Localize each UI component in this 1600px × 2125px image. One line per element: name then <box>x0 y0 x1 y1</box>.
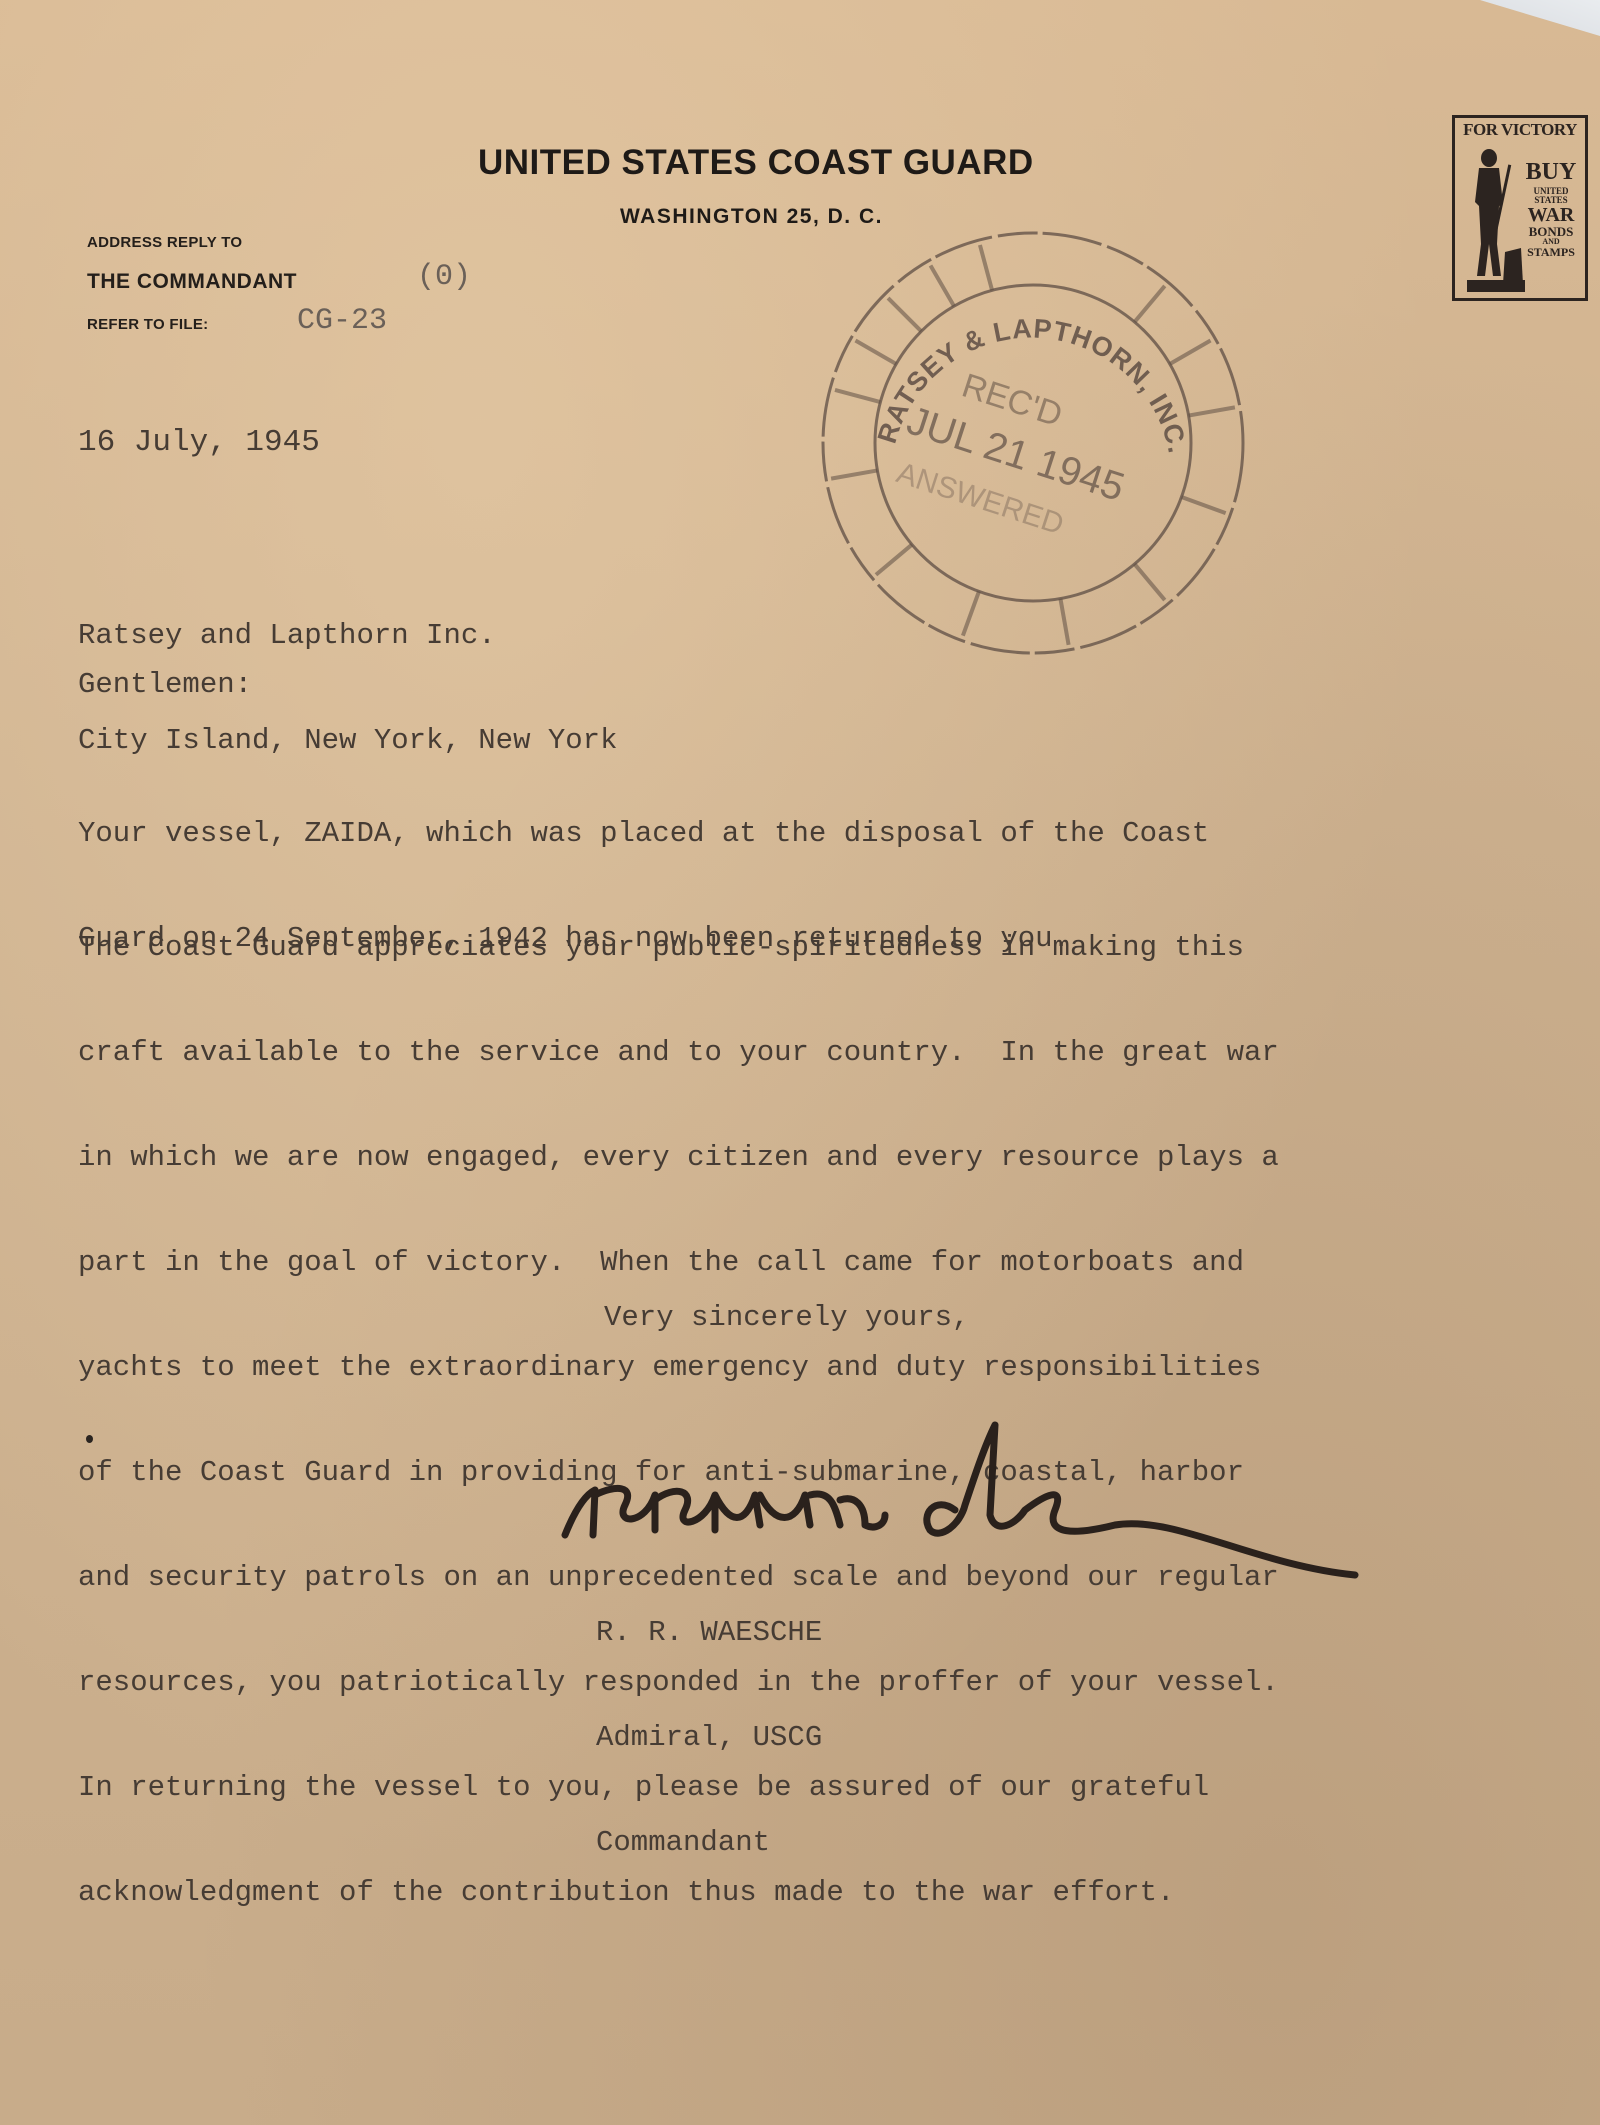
paragraph-line: Your vessel, ZAIDA, which was placed at … <box>78 816 1209 851</box>
salutation: Gentlemen: <box>78 667 252 702</box>
letterhead-organization: UNITED STATES COAST GUARD <box>478 143 1088 183</box>
war-bonds-line: STAMPS <box>1521 246 1581 258</box>
address-reply-label: ADDRESS REPLY TO <box>87 234 242 251</box>
signer-title: Commandant <box>596 1825 822 1860</box>
war-bonds-text: BUY UNITED STATES WAR BONDS AND STAMPS <box>1521 160 1581 258</box>
war-bonds-stamp: FOR VICTORY BUY UNITED STATES WAR BONDS … <box>1452 115 1588 301</box>
war-bonds-line: BUY <box>1521 160 1581 184</box>
war-bonds-header: FOR VICTORY <box>1455 120 1585 140</box>
war-bonds-line: WAR <box>1521 205 1581 225</box>
refer-to-file-label: REFER TO FILE: <box>87 316 208 333</box>
signer-rank: Admiral, USCG <box>596 1720 822 1755</box>
recipient-name: Ratsey and Lapthorn Inc. <box>78 618 618 653</box>
signer-name: R. R. WAESCHE <box>596 1615 822 1650</box>
paragraph-line: craft available to the service and to yo… <box>78 1035 1279 1070</box>
addressee-office: THE COMMANDANT <box>87 270 297 294</box>
closing: Very sincerely yours, <box>604 1300 969 1335</box>
minuteman-icon <box>1465 144 1527 294</box>
paragraph-line: part in the goal of victory. When the ca… <box>78 1245 1279 1280</box>
letter-date: 16 July, 1945 <box>78 425 320 460</box>
ink-speck <box>86 1435 93 1443</box>
file-number: CG-23 <box>297 304 387 338</box>
paragraph-line: in which we are now engaged, every citiz… <box>78 1140 1279 1175</box>
paragraph-line: yachts to meet the extraordinary emergen… <box>78 1350 1279 1385</box>
paragraph-line: The Coast Guard appreciates your public-… <box>78 930 1279 965</box>
office-code: (0) <box>417 260 471 294</box>
received-stamp: RATSEY & LAPTHORN, INC. REC'D JUL 21 194… <box>800 210 1260 670</box>
signer-block: R. R. WAESCHE Admiral, USCG Commandant <box>596 1545 822 1895</box>
